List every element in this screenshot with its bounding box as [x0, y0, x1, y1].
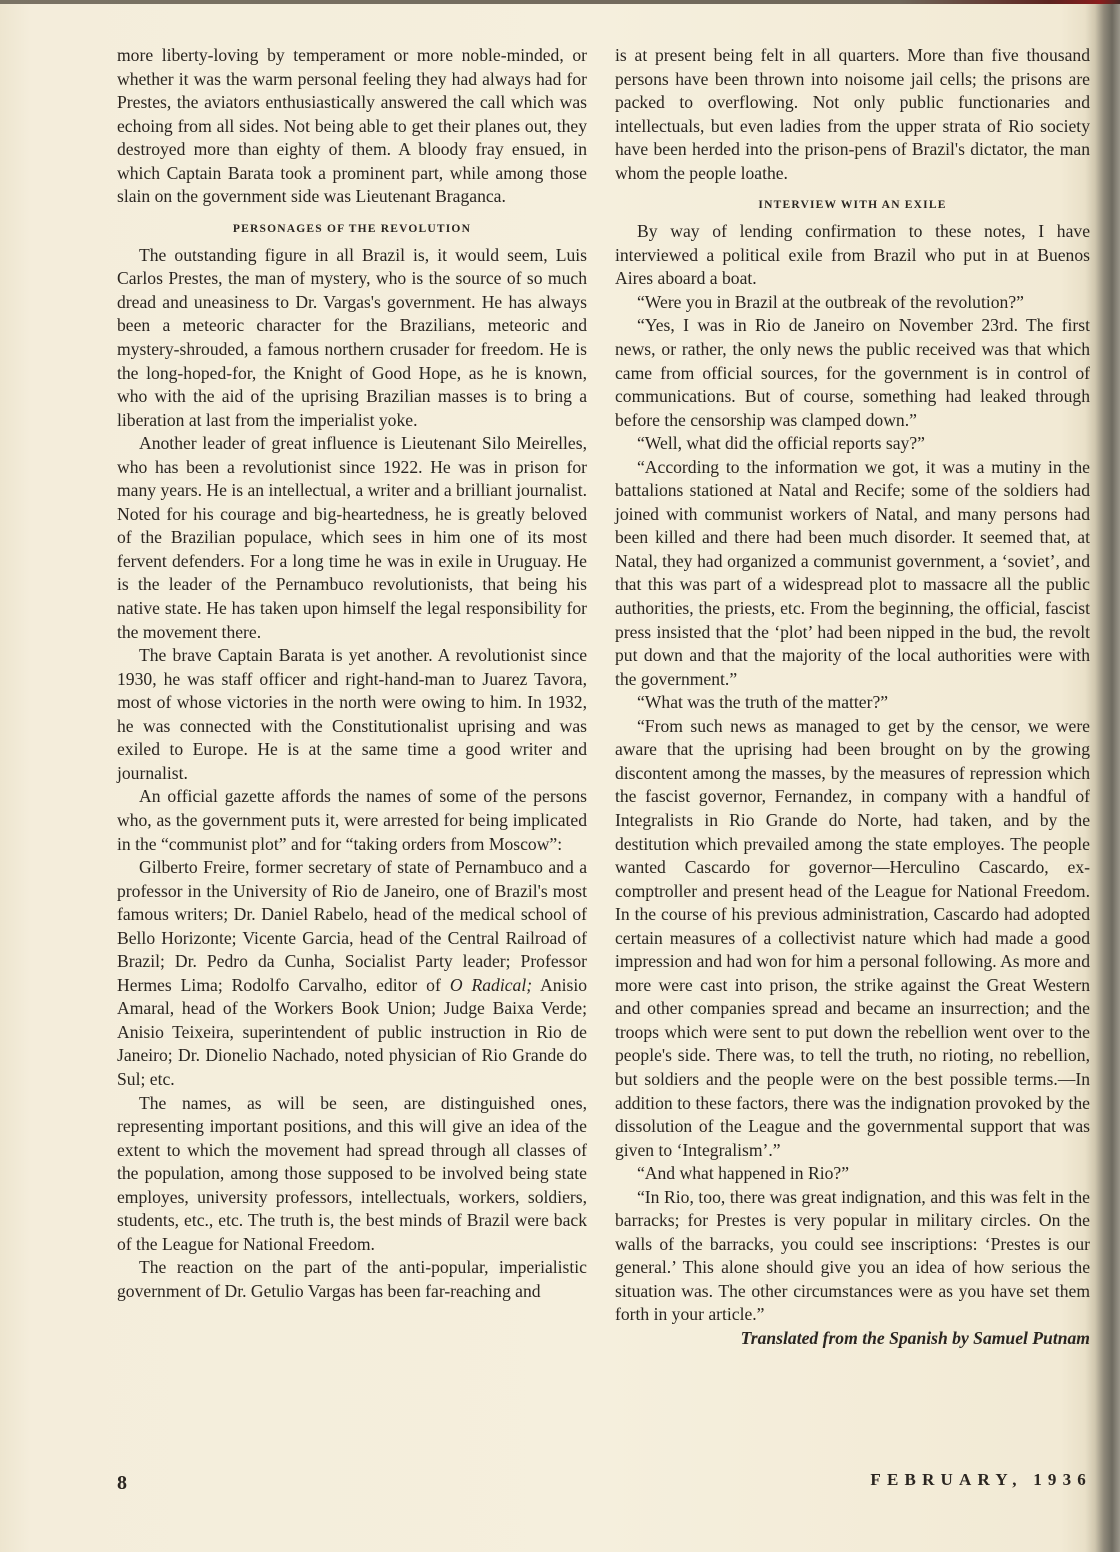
dialogue-question: “Well, what did the official reports say… [615, 432, 1090, 456]
section-heading-personages: PERSONAGES OF THE REVOLUTION [117, 221, 587, 237]
paragraph: more liberty-loving by temperament or mo… [117, 44, 587, 209]
paragraph: is at present being felt in all quarters… [615, 44, 1090, 185]
paragraph: Another leader of great influence is Lie… [117, 432, 587, 644]
section-heading-interview: INTERVIEW WITH AN EXILE [615, 197, 1090, 213]
page-top-border [0, 0, 1120, 4]
paragraph: An official gazette affords the names of… [117, 785, 587, 856]
dialogue-question: “And what happened in Rio?” [615, 1162, 1090, 1186]
page-number: 8 [117, 1472, 127, 1495]
dialogue-question: “Were you in Brazil at the outbreak of t… [615, 291, 1090, 315]
paragraph: The names, as will be seen, are distingu… [117, 1092, 587, 1257]
publication-title: O Radical; [450, 975, 532, 995]
dialogue-answer: “In Rio, too, there was great indignatio… [615, 1186, 1090, 1327]
paragraph: The reaction on the part of the anti-pop… [117, 1256, 587, 1303]
dialogue-answer: “Yes, I was in Rio de Janeiro on Novembe… [615, 314, 1090, 432]
running-footer-date: FEBRUARY, 1936 [870, 1470, 1092, 1490]
paragraph: The outstanding figure in all Brazil is,… [117, 244, 587, 432]
paragraph-arrest-list: Gilberto Freire, former secretary of sta… [117, 856, 587, 1091]
translator-credit: Translated from the Spanish by Samuel Pu… [615, 1327, 1090, 1351]
paragraph: By way of lending confirmation to these … [615, 220, 1090, 291]
dialogue-question: “What was the truth of the matter?” [615, 691, 1090, 715]
paragraph: The brave Captain Barata is yet another.… [117, 644, 587, 785]
right-column: is at present being felt in all quarters… [615, 44, 1090, 1351]
dialogue-answer: “According to the information we got, it… [615, 456, 1090, 691]
dialogue-answer: “From such news as managed to get by the… [615, 715, 1090, 1162]
left-column: more liberty-loving by temperament or mo… [117, 44, 587, 1303]
magazine-page: more liberty-loving by temperament or mo… [0, 0, 1120, 1552]
